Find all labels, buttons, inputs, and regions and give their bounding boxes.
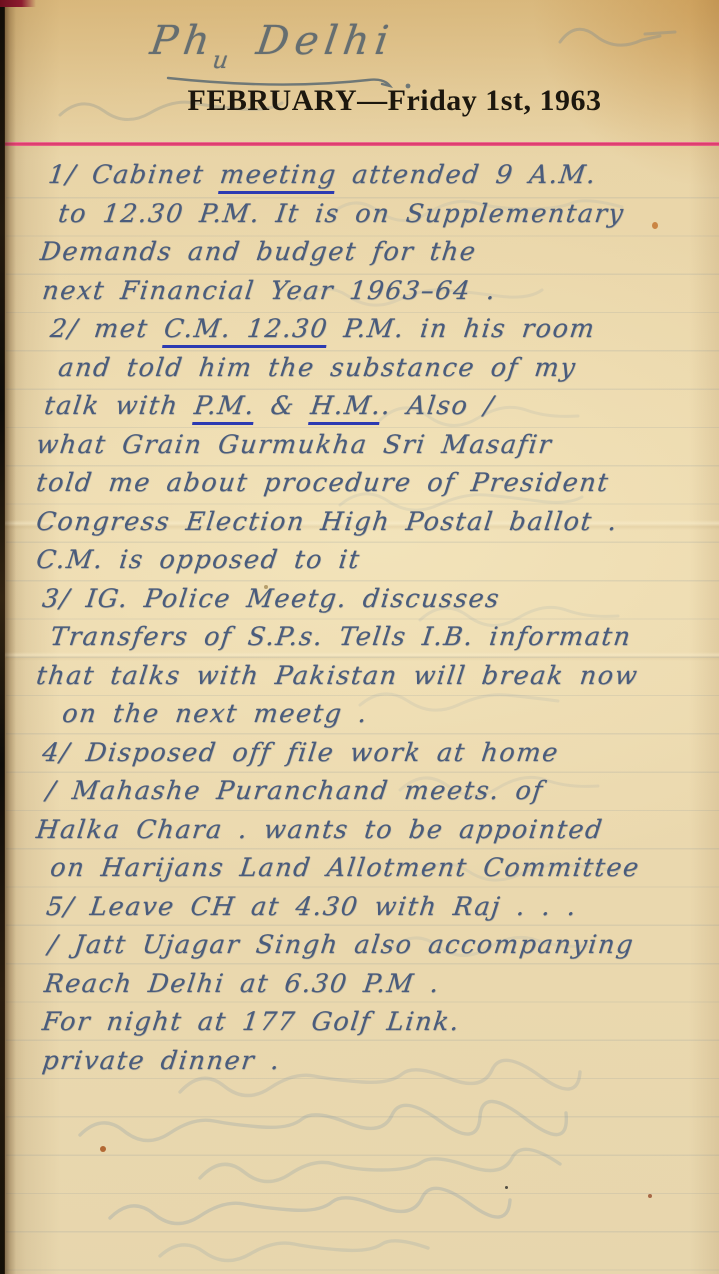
diary-line-text: P.M. in his room <box>326 314 597 344</box>
printed-date-header: FEBRUARY—Friday 1st, 1963 <box>0 84 719 118</box>
handwritten-title-word2: Delhi <box>254 18 398 64</box>
diary-line: 3/ IG. Police Meetg. discusses <box>40 580 715 619</box>
diary-line-text: . Also / <box>380 391 496 421</box>
diary-line: 5/ Leave CH at 4.30 with Raj . . . <box>44 888 715 927</box>
diary-line: what Grain Gurmukha Sri Masafir <box>34 426 715 465</box>
diary-entries: 1/ Cabinet meeting attended 9 A.M. to 12… <box>20 156 710 1080</box>
diary-line: 2/ met C.M. 12.30 P.M. in his room <box>48 310 715 349</box>
diary-line: 4/ Disposed off file work at home <box>40 734 715 773</box>
handwritten-title: PhuDelhi <box>146 18 397 74</box>
diary-line-text: 2/ met <box>49 314 166 344</box>
diary-line: / Jatt Ujagar Singh also accompanying <box>46 926 715 965</box>
binding-edge-shadow <box>4 0 16 1274</box>
diary-line: For night at 177 Golf Link. <box>40 1003 715 1042</box>
ink-speck <box>264 585 268 589</box>
diary-line: on Harijans Land Allotment Committee <box>48 849 715 888</box>
diary-line: 1/ Cabinet meeting attended 9 A.M. <box>46 156 715 195</box>
cover-corner-strip <box>0 0 36 7</box>
pink-rule <box>0 142 719 146</box>
blue-underlined-text: C.M. 12.30 <box>162 314 330 348</box>
diary-line: C.M. is opposed to it <box>34 541 715 580</box>
ink-speck <box>505 1186 508 1189</box>
diary-line: on the next meetg . <box>60 695 715 734</box>
handwritten-title-word1: Ph <box>147 18 218 64</box>
diary-line: / Mahashe Puranchand meets. of <box>44 772 715 811</box>
diary-line: to 12.30 P.M. It is on Supplementary <box>56 195 715 234</box>
ink-speck <box>652 222 658 229</box>
diary-line: that talks with Pakistan will break now <box>34 657 715 696</box>
blue-underlined-text: P.M. <box>192 391 257 425</box>
binding-edge <box>0 0 16 1274</box>
diary-line-text: 1/ Cabinet <box>47 160 222 190</box>
diary-line: and told him the substance of my <box>56 349 715 388</box>
diary-line-text: talk with <box>43 391 197 421</box>
handwritten-title-subscript: u <box>211 46 230 74</box>
diary-line: told me about procedure of President <box>34 464 715 503</box>
diary-line: private dinner . <box>40 1042 715 1081</box>
blue-underlined-text: H.M. <box>308 391 383 425</box>
ink-speck <box>648 1194 652 1198</box>
ink-speck <box>100 1146 106 1152</box>
diary-line-text: & <box>253 391 312 421</box>
blue-underlined-text: meeting <box>218 160 339 194</box>
diary-line: talk with P.M. & H.M.. Also / <box>42 387 715 426</box>
diary-line: Congress Election High Postal ballot . <box>34 503 715 542</box>
diary-line: Transfers of S.P.s. Tells I.B. informatn <box>48 618 715 657</box>
diary-line: next Financial Year 1963–64 . <box>40 272 715 311</box>
diary-line: Reach Delhi at 6.30 P.M . <box>42 965 715 1004</box>
diary-page-scan: PhuDelhi FEBRUARY—Friday 1st, 1963 1/ Ca… <box>0 0 719 1274</box>
diary-line: Halka Chara . wants to be appointed <box>34 811 715 850</box>
diary-line: Demands and budget for the <box>38 233 715 272</box>
diary-line-text: attended 9 A.M. <box>335 160 599 190</box>
